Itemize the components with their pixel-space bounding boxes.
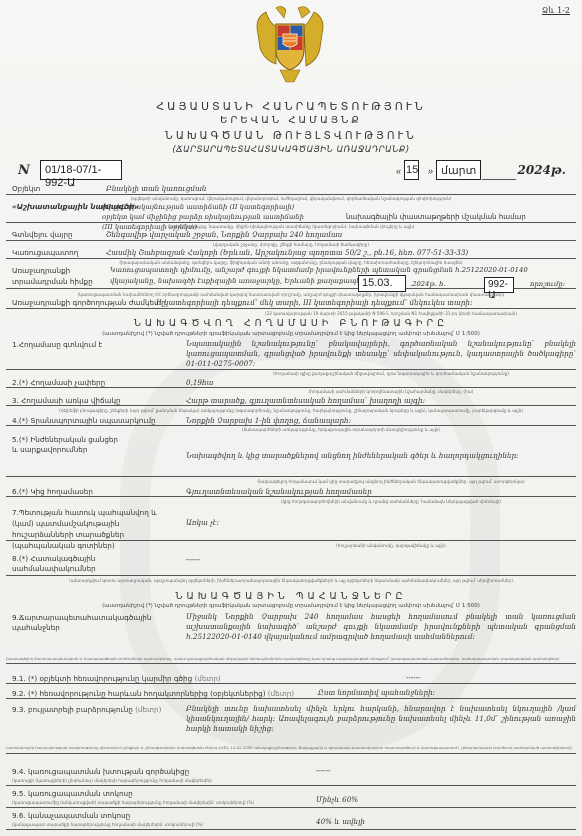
document-title: ՆԱԽԱԳԾՄԱՆ ԹՈՒՅԼՏՎՈՒԹՅՈՒՆ bbox=[0, 130, 582, 142]
item-label: 9.5. կառուցապատման տոկոսը bbox=[12, 789, 133, 798]
field-object: Օբյեկտ Բնակելի տան կառուցման bbox=[6, 183, 576, 195]
requirement-item-9-6: 9.6. կանաչապատման տոկոսը (կանաչապատ տարա… bbox=[6, 810, 576, 830]
date-underline bbox=[482, 179, 516, 180]
requirement-item-9-3: 9.3. բույլատրելի բարձրությունը (մետր) Բն… bbox=[6, 703, 576, 739]
item-hint: (ճանապարհների առկայությունը, երկաթուղայի… bbox=[100, 427, 582, 432]
land-item-3: 3. Հողամասի առկա վիճակը Հարթ տարածք, գյո… bbox=[6, 395, 576, 406]
item-label: 7.Պետության հատուկ պահպանվող և (կամ) պատ… bbox=[12, 507, 172, 551]
item-label: 4.(*) Տրանսպորտային սպասարկումը bbox=[12, 416, 156, 425]
item-hint: (անտարկվում գոտու արտադրական, պաշտպանվող… bbox=[0, 578, 582, 583]
requirement-item-9: 9.Ճարտարապետահատակագծային պահանջներ Միջա… bbox=[6, 611, 576, 655]
item-label: 6.(*) Կից հողամասեր bbox=[12, 487, 93, 496]
item-label: 9.1. (*) օբյեկտի հեռավորությունը կարմիր … bbox=[12, 674, 221, 683]
item-hint: (կառուցապատումից (անկառուցված) տարածքի հ… bbox=[12, 800, 576, 805]
item-label: 9.Ճարտարապետահատակագծային պահանջներ bbox=[12, 613, 142, 633]
item-label: 5.(*) Ինժեներական ցանցեր և սարքավորումնե… bbox=[12, 435, 122, 455]
field-value: II կատեգորիայի դեպքում՝ մեկ տարի, III կա… bbox=[156, 298, 472, 307]
permit-number-row: N 01/18-07/1-992-Ա « 15 » մարտ 2024թ. bbox=[10, 160, 572, 182]
item-value: Բնակելի տունը նախատեսել մինչև երկու հարկ… bbox=[186, 704, 576, 734]
field-value: Հասմիկ Շահբազյան Հակոբի (Երևան, Արշակուն… bbox=[106, 248, 468, 257]
section-subtitle-requirements: (աստղանիշով (*) նշված դրույթների գրաֆիկա… bbox=[0, 603, 582, 609]
item-value: Հարթ տարածք, գյուղատնտեսական հողամաս՝ խա… bbox=[186, 396, 425, 405]
requirement-item-9-4: 9.4. կառուցապատման խտության գործակիցը (կ… bbox=[6, 766, 576, 786]
number-label: N bbox=[18, 163, 30, 178]
item-value: Առկա չէ: bbox=[186, 518, 219, 527]
requirement-item-9-1: 9.1. (*) օբյեկտի հեռավորությունը կարմիր … bbox=[6, 672, 576, 684]
item-hint: (սահմանային հարկայնության բարձրությունը … bbox=[6, 745, 576, 754]
item-hint: (նախագծվող ճարտարապետական և հատակագծային… bbox=[6, 656, 576, 664]
item-value: ------ bbox=[316, 766, 331, 775]
armenia-coat-of-arms-icon bbox=[250, 4, 330, 86]
item-label-text: 9.1. (*) օբյեկտի հեռավորությունը կարմիր … bbox=[12, 674, 192, 683]
field-value: Շենգավիթ վարչական շրջան, Նորքին Չարբախ 2… bbox=[106, 230, 342, 239]
permit-number-field[interactable]: 01/18-07/1-992-Ա bbox=[40, 160, 122, 180]
land-item-7: 7.Պետության հատուկ պահպանվող և (կամ) պատ… bbox=[6, 505, 576, 541]
open-quote: « bbox=[396, 166, 401, 176]
land-item-1: 1.Հողամասը գտնվում է Նպատակային նշանակու… bbox=[6, 338, 576, 370]
land-item-2: 2.(*) Հողամասի չափերը 0,19հա bbox=[6, 377, 576, 388]
item-hint: (ռելիեֆի բնութագիրը, շենքերի (այդ թվում՝… bbox=[0, 408, 582, 413]
field-label: Գտնվելու վայրը bbox=[12, 230, 73, 239]
permit-document: Ձև 1-2 ՀԱՅԱՍՏԱՆԻ ՀԱՆՐԱՊԵՏՈՒԹՅՈՒՆ ԵՐԵՎԱՆ … bbox=[0, 0, 582, 836]
field-validity: Առաջադրանքի գործողության ժամկետը II կատե… bbox=[6, 297, 576, 309]
field-label: Օբյեկտ bbox=[12, 184, 40, 193]
section-title-requirements: ՆԱԽԱԳԾԱՅԻՆ ՊԱՀԱՆՋՆԵՐԸ bbox=[0, 591, 582, 602]
item-hint: (հողամասի գլխը քաղաքաշինական միջավայրում… bbox=[200, 371, 582, 376]
section-subtitle-land: (աստղանիշով (*) նշված դրույթների գրաֆիկա… bbox=[0, 331, 582, 337]
requirement-item-9-2: 9.2. (*) հեռավորությունը հարևան հողակտոր… bbox=[6, 687, 576, 699]
land-item-6: 6.(*) Կից հողամասեր Գյուղատնտեսական նշան… bbox=[6, 485, 576, 497]
requirement-item-9-5: 9.5. կառուցապատման տոկոսը (կառուցապատում… bbox=[6, 788, 576, 808]
decision-year: .2024թ. հ. bbox=[410, 280, 446, 288]
issue-date: « 15 » մարտ 2024թ. bbox=[366, 160, 566, 182]
item-label: 8.(*) Հատակագծային սահմանափակումներ bbox=[12, 554, 132, 574]
community-title: ԵՐԵՎԱՆ ՀԱՄԱՅՆՔ bbox=[0, 115, 582, 126]
item-label: 9.3. բույլատրելի բարձրությունը (մետր) bbox=[12, 705, 161, 714]
unit-label: (մետր) bbox=[268, 689, 294, 698]
field-value: Կառուցապատողի դիմումը, անշարժ գույքի նկա… bbox=[110, 266, 528, 274]
land-item-5: 5.(*) Ինժեներական ցանցեր և սարքավորումնե… bbox=[6, 433, 576, 477]
field-purpose: նախագծային փաստաթղթերի մշակման համար bbox=[346, 213, 526, 221]
close-quote: » bbox=[428, 166, 433, 176]
item-value: 40% և ավելի bbox=[316, 817, 365, 826]
land-item-8: 8.(*) Հատակագծային սահմանափակումներ ----… bbox=[6, 552, 576, 576]
field-value: Բնակելի տան կառուցման bbox=[106, 184, 206, 193]
unit-label: (մետր) bbox=[135, 705, 161, 714]
item-label: 3. Հողամասի առկա վիճակը bbox=[12, 396, 121, 405]
field-label: Առաջադրանքի bbox=[12, 266, 70, 275]
item-hint: (կից հողօգտագործողների անվանումը և դրանց… bbox=[200, 499, 582, 504]
item-value: Նորքին Չարբախ 1-ին փողոց, ճանապարհ: bbox=[186, 416, 351, 425]
item-value: Գյուղատնտեսական նշանակության հողամասեր bbox=[186, 487, 372, 496]
day-field[interactable]: 15 bbox=[404, 160, 419, 180]
field-label: Կառուցապատող bbox=[12, 248, 78, 257]
item-value: Նախագծվող և կից տարածքներով անցնող ինժեն… bbox=[186, 451, 519, 460]
item-value: 0,19հա bbox=[186, 378, 213, 387]
item-value: Նպատակային նշանակությունը՝ բնակավայրերի,… bbox=[186, 339, 576, 369]
field-category: «Աշխատանքային նախագծի» (միջին ռիսկայնութ… bbox=[6, 201, 576, 223]
item-label: 1.Հողամասը գտնվում է bbox=[12, 340, 102, 349]
land-item-4: 4.(*) Տրանսպորտային սպասարկումը Նորքին Չ… bbox=[6, 414, 576, 426]
item-hint: (հուշարձանի անվանումը, կարգավիճակը և այլ… bbox=[200, 543, 582, 548]
field-value: վկայականը, նախագծի էսքիզային առաջարկը, Ե… bbox=[110, 277, 371, 285]
country-title: ՀԱՅԱՍՏԱՆԻ ՀԱՆՐԱՊԵՏՈՒԹՅՈՒՆ bbox=[0, 100, 582, 113]
field-developer: Կառուցապատող Հասմիկ Շահբազյան Հակոբի (Եր… bbox=[6, 247, 576, 259]
item-value: ------ bbox=[186, 555, 201, 564]
item-hint: (հողամասի սահմանների կոորդինատային նշահա… bbox=[200, 389, 582, 394]
year-text: 2024թ. bbox=[518, 163, 567, 177]
month-field[interactable]: մարտ bbox=[436, 160, 481, 180]
section-title-land: ՆԱԽԱԳԾՎՈՂ ՀՈՂԱՄԱՍԻ ԲՆՈՒԹԱԳԻՐԸ bbox=[0, 318, 582, 329]
item-hint: (կառույցի (կառույցների) ընդհանուր մակերե… bbox=[12, 778, 576, 783]
item-label: 9.4. կառուցապատման խտության գործակիցը bbox=[12, 767, 189, 776]
item-label-text: 9.2. (*) հեռավորությունը հարևան հողակտոր… bbox=[12, 689, 266, 698]
item-value: Միջանկ Նորքին Չարբախ 240 հողամաս հասցեի … bbox=[186, 612, 576, 642]
field-label: տրամադրման հիմքը bbox=[12, 277, 93, 286]
item-label: 9.6. կանաչապատման տոկոսը bbox=[12, 811, 130, 820]
item-label-text: 9.3. բույլատրելի բարձրությունը bbox=[12, 705, 133, 714]
item-hint: (կանաչապատ տարածքի հարաբերությունը հողամ… bbox=[12, 822, 576, 827]
item-label: 2.(*) Հողամասի չափերը bbox=[12, 378, 105, 387]
form-number: Ձև 1-2 bbox=[542, 6, 570, 15]
item-value: ------ bbox=[406, 673, 421, 682]
decision-suffix: որոշումը: bbox=[530, 280, 565, 288]
field-location: Գտնվելու վայրը Շենգավիթ վարչական շրջան, … bbox=[6, 229, 576, 241]
document-subtitle: (ՃԱՐՏԱՐԱՊԵՏԱՀԱՏԱԿԱԳԾԱՅԻՆ ԱՌԱՋԱԴՐԱՆՔ) bbox=[0, 145, 582, 155]
item-value: Մինչև 60% bbox=[316, 795, 358, 804]
field-label: Առաջադրանքի գործողության ժամկետը bbox=[12, 298, 166, 307]
decision-date-field[interactable]: 15.03. bbox=[358, 275, 406, 292]
item-hint: (նախագծվող հողամասում կամ կից տարածքով ա… bbox=[200, 479, 582, 484]
item-label: 9.2. (*) հեռավորությունը հարևան հողակտոր… bbox=[12, 689, 294, 698]
field-hint: (22 կառավարության 19 մարտի 2015 թվականի … bbox=[200, 311, 582, 316]
decision-number-field[interactable]: 992-Ա bbox=[484, 277, 514, 293]
item-value: Ըստ նորմատիվ պահանջների: bbox=[318, 688, 435, 697]
unit-label: (մետր) bbox=[194, 674, 220, 683]
